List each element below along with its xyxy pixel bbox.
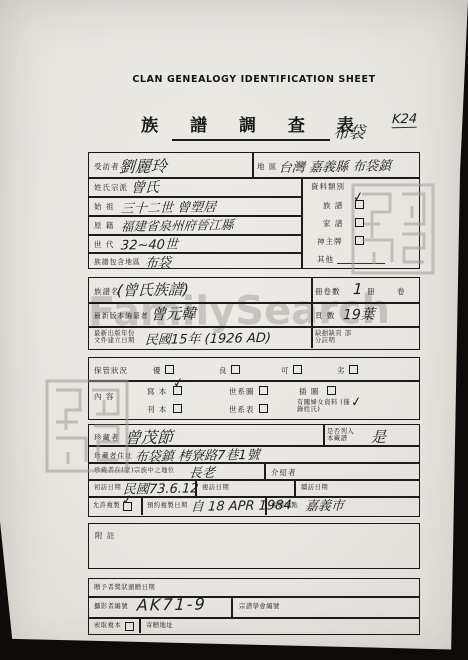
volumes-label: 冊卷數: [315, 286, 341, 297]
divider: [294, 479, 296, 496]
lineage-table-checkbox: [259, 404, 268, 413]
divider: [264, 462, 266, 479]
seal-stamp-left: [44, 378, 130, 474]
divider: [252, 153, 254, 177]
divider: [323, 425, 325, 445]
award-date-label: 贈予者獎狀頒贈日期: [94, 584, 155, 591]
content-printed: 刊 本: [147, 404, 167, 415]
lineage-chart-checkbox: [259, 386, 268, 395]
divider: [301, 177, 303, 268]
content-manuscript: 寫 本: [147, 386, 167, 397]
printed-checkbox: [173, 404, 182, 413]
corner-place-note: 布袋: [332, 120, 365, 144]
genealogy-title-value: (曾氏族譜): [116, 278, 189, 300]
send-address-label: 寄贈地址: [146, 622, 173, 629]
generations-value: 32~40世: [120, 234, 178, 254]
condition-poor: 劣: [337, 365, 346, 376]
paper-sheet: CLAN GENEALOGY IDENTIFICATION SHEET 族 譜 …: [0, 0, 468, 660]
section-admin: 贈予者獎狀頒贈日期 攝影者編號 AK71-9 宗譜學會編號 索取複本 寄贈地址: [88, 578, 420, 635]
divider: [195, 479, 197, 496]
copy-date-label: 預約複製日期: [147, 502, 188, 509]
compiler-label: 最新版本編纂者: [94, 310, 149, 320]
condition-fair: 可: [281, 365, 290, 376]
notes-label: 附 註: [95, 530, 115, 541]
sheet-title-chinese: 族 譜 調 查 表: [88, 111, 420, 136]
seal-stamp-right: [350, 182, 436, 276]
women-data-checkmark: ✓: [350, 394, 363, 410]
category-option-family-record: 家 譜: [323, 218, 343, 229]
section-condition-content: 保管狀況 優 良 可 劣 內 容 寫 本 ✓ 世系圖 插 圖 刊 本 世系表 有…: [88, 357, 420, 420]
content-illustration: 插 圖: [299, 386, 319, 397]
volume-unit2-label: 卷: [397, 286, 406, 297]
region-label: 地 區: [257, 161, 277, 172]
divider: [89, 252, 301, 254]
pages-value: 19葉: [342, 304, 375, 325]
request-copy-label: 索取複本: [94, 622, 121, 629]
title-underline: [172, 139, 330, 141]
photographer-number-label: 攝影者編號: [94, 603, 128, 610]
coverage-value: 布袋: [144, 252, 171, 271]
first-visit-label: 初訪日期: [94, 484, 121, 491]
first-visit-value: 民國73.6.12: [122, 477, 199, 497]
next-visit-label: 續訪日期: [301, 484, 328, 491]
fair-checkbox: [293, 365, 302, 374]
section-owner-visits: 珍藏者 曾茂節 是否列入 本藏譜 是 珍藏者住址 布袋鎮 栲寮路7巷1號 珍藏者…: [88, 424, 420, 517]
condition-good: 良: [219, 365, 228, 376]
divider: [265, 496, 267, 515]
volume-unit1-label: 冊: [367, 286, 376, 297]
interviewee-value: 劉麗玲: [118, 154, 167, 178]
ancestor-value: 三十二世 曾塑居: [120, 196, 216, 217]
good-checkbox: [231, 365, 240, 374]
origin-label: 原 籍: [94, 220, 114, 231]
pages-label: 頁 數: [315, 310, 335, 321]
divider: [89, 462, 419, 464]
section-genealogy-detail: 族譜名 (曾氏族譜) 冊卷數 1 冊 卷 最新版本編纂者 曾元韓 頁 數 19葉…: [88, 277, 420, 350]
allow-copy-checkmark: ✓: [121, 492, 134, 508]
region-value: 台灣 嘉義縣 布袋鎮: [278, 155, 391, 176]
clan-value: 曾氏: [130, 177, 159, 197]
divider: [89, 380, 419, 382]
photographer-number-value: AK71-9: [136, 594, 207, 614]
poor-checkbox: [349, 365, 358, 374]
section-notes: 附 註: [88, 523, 420, 569]
coverage-label: 族譜包含地區: [94, 256, 141, 266]
category-option-ancestral-tablet: 神主牌: [317, 236, 343, 247]
manuscript-checkmark: ✓: [172, 375, 185, 391]
content-lineage-chart: 世系圖: [229, 386, 255, 397]
society-number-label: 宗譜學會編號: [239, 603, 280, 610]
compiler-value: 曾元韓: [150, 303, 196, 325]
included-value: 是: [370, 426, 386, 447]
content-lineage-table: 世系表: [229, 404, 255, 415]
sheet-header-english: CLAN GENEALOGY IDENTIFICATION SHEET: [88, 74, 420, 85]
category-label: 資料類別: [311, 181, 345, 192]
corner-code-note: K24: [392, 112, 418, 128]
ancestor-label: 始 祖: [94, 201, 114, 212]
condition-excellent: 優: [153, 365, 162, 376]
request-copy-checkbox: [125, 622, 134, 631]
copy-place-label: 複製地點: [271, 502, 298, 509]
introducer-label: 介紹者: [271, 467, 297, 478]
content-women-data: 有關婦女資料 (僅錄姓氏): [297, 399, 353, 413]
interviewee-label: 受訪者: [94, 161, 120, 172]
divider: [231, 596, 233, 617]
category-other-label: 其他: [317, 254, 334, 265]
missing-pages-label: 缺損缺頁 部分註明: [315, 330, 357, 344]
revisit-label: 複訪日期: [202, 484, 229, 491]
condition-label: 保管狀況: [94, 365, 128, 376]
allow-copy-label: 允許複製: [93, 502, 120, 509]
excellent-checkbox: [165, 365, 174, 374]
clan-label: 姓氏宗派: [94, 182, 128, 193]
volumes-value: 1: [353, 280, 364, 298]
included-label: 是否列入 本藏譜: [327, 428, 361, 442]
pubyear-label: 最新出版年份 文件建立日期: [94, 330, 142, 344]
illustration-checkbox: [327, 386, 336, 395]
divider: [311, 278, 313, 348]
category-option-genealogy: 族 譜: [323, 200, 343, 211]
divider: [141, 496, 143, 515]
generations-label: 世 代: [94, 239, 114, 250]
divider: [139, 617, 141, 633]
origin-value: 福建省泉州府晉江縣: [120, 215, 234, 235]
copy-place-value: 嘉義市: [304, 495, 344, 515]
scan-background: CLAN GENEALOGY IDENTIFICATION SHEET 族 譜 …: [0, 0, 468, 660]
pubyear-value: 民國15年 (1926 AD): [144, 327, 271, 348]
